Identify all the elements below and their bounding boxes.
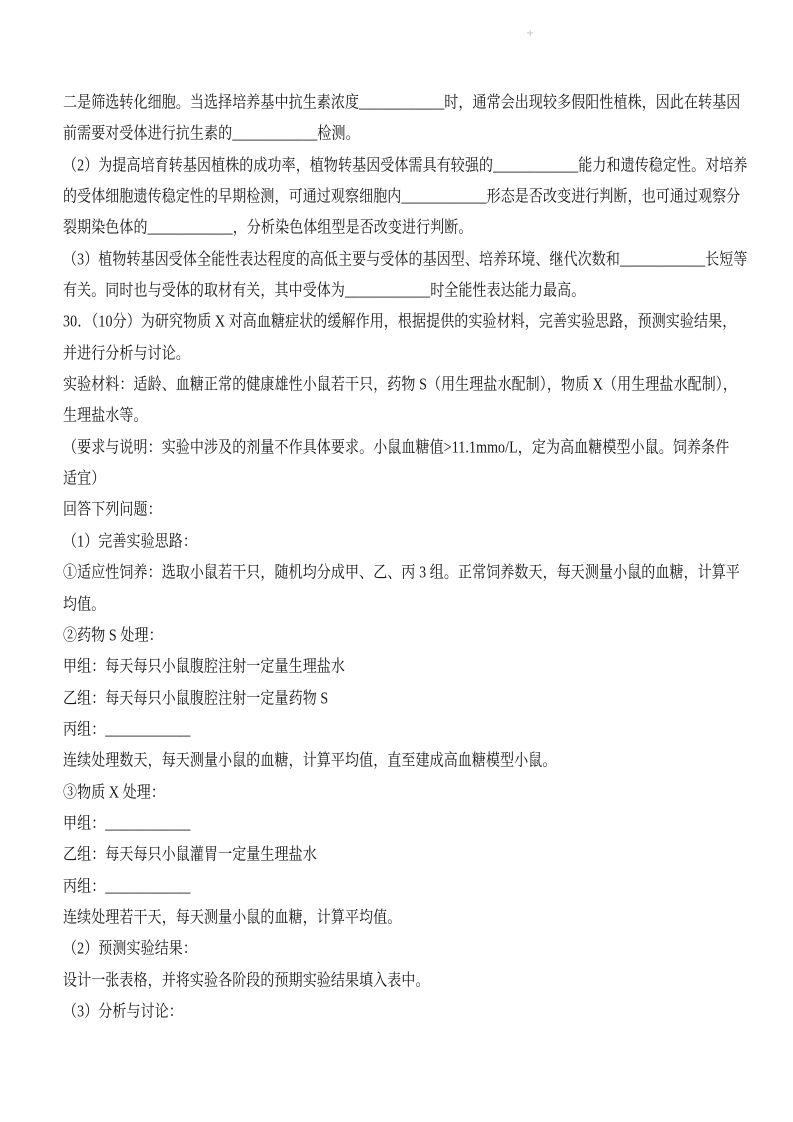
scan-artifact-mark: + bbox=[526, 29, 534, 39]
document-text-block: 二是筛选转化细胞。当选择培养基中抗生素浓度____________时，通常会出现… bbox=[63, 88, 739, 1028]
document-page: + 二是筛选转化细胞。当选择培养基中抗生素浓度____________时，通常会… bbox=[0, 0, 793, 1122]
doc-line-q30-part3-heading: （3）分析与讨论： bbox=[63, 994, 739, 1031]
